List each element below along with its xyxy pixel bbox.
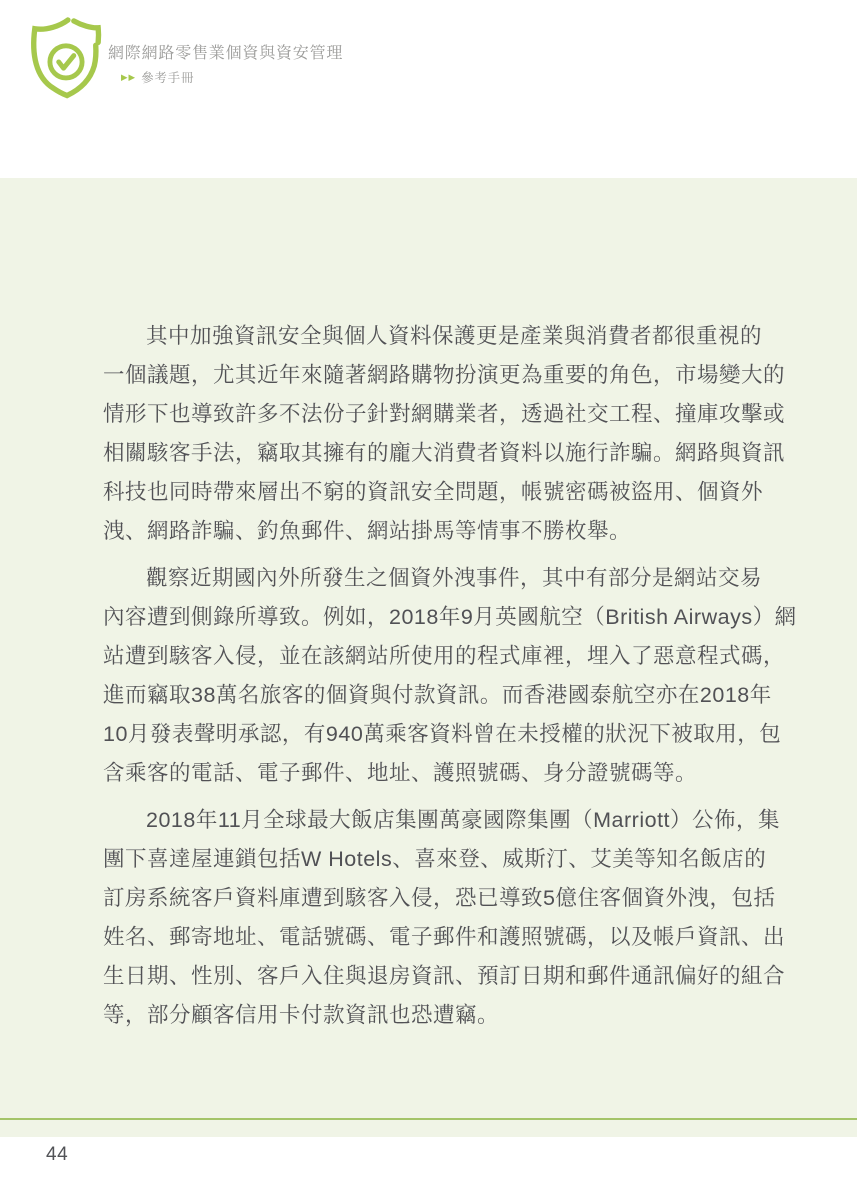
paragraph: 觀察近期國內外所發生之個資外洩事件，其中有部分是網站交易內容遭到側錄所導致。例如… [103,559,753,793]
double-arrow-icon: ▶▶ [121,73,136,82]
text-line: 進而竊取38萬名旅客的個資與付款資訊。而香港國泰航空亦在2018年 [103,676,753,715]
text-line: 姓名、郵寄地址、電話號碼、電子郵件和護照號碼，以及帳戶資訊、出 [103,918,753,957]
text-line: 觀察近期國內外所發生之個資外洩事件，其中有部分是網站交易 [103,559,753,598]
text-line: 等，部分顧客信用卡付款資訊也恐遭竊。 [103,996,753,1035]
text-line: 相關駭客手法，竊取其擁有的龐大消費者資料以施行詐騙。網路與資訊 [103,434,753,473]
shield-check-icon [27,15,105,101]
text-line: 一個議題，尤其近年來隨著網路購物扮演更為重要的角色，市場變大的 [103,356,753,395]
manual-subtitle: ▶▶ 參考手冊 [121,68,343,86]
manual-title: 網際網路零售業個資與資安管理 [108,44,343,64]
content-panel: 其中加強資訊安全與個人資料保護更是產業與消費者都很重視的一個議題，尤其近年來隨著… [0,178,857,1137]
text-line: 團下喜達屋連鎖包括W Hotels、喜來登、威斯汀、艾美等知名飯店的 [103,840,753,879]
page-header: 網際網路零售業個資與資安管理 ▶▶ 參考手冊 [27,15,343,101]
footer-divider [0,1118,857,1120]
text-line: 科技也同時帶來層出不窮的資訊安全問題，帳號密碼被盜用、個資外 [103,473,753,512]
text-line: 10月發表聲明承認，有940萬乘客資料曾在未授權的狀況下被取用，包 [103,715,753,754]
manual-subtitle-label: 參考手冊 [141,68,194,86]
text-line: 生日期、性別、客戶入住與退房資訊、預訂日期和郵件通訊偏好的組合 [103,957,753,996]
text-line: 洩、網路詐騙、釣魚郵件、網站掛馬等情事不勝枚舉。 [103,512,753,551]
text-line: 站遭到駭客入侵，並在該網站所使用的程式庫裡，埋入了惡意程式碼， [103,637,753,676]
body-paragraphs: 其中加強資訊安全與個人資料保護更是產業與消費者都很重視的一個議題，尤其近年來隨著… [0,178,857,1035]
text-line: 2018年11月全球最大飯店集團萬豪國際集團（Marriott）公佈，集 [103,801,753,840]
text-line: 訂房系統客戶資料庫遭到駭客入侵，恐已導致5億住客個資外洩，包括 [103,879,753,918]
text-line: 內容遭到側錄所導致。例如，2018年9月英國航空（British Airways… [103,598,753,637]
document-page: 網際網路零售業個資與資安管理 ▶▶ 參考手冊 其中加強資訊安全與個人資料保護更是… [0,0,857,1200]
text-line: 含乘客的電話、電子郵件、地址、護照號碼、身分證號碼等。 [103,754,753,793]
header-text: 網際網路零售業個資與資安管理 ▶▶ 參考手冊 [108,15,343,86]
text-line: 情形下也導致許多不法份子針對網購業者，透過社交工程、撞庫攻擊或 [103,395,753,434]
paragraph: 其中加強資訊安全與個人資料保護更是產業與消費者都很重視的一個議題，尤其近年來隨著… [103,317,753,551]
paragraph: 2018年11月全球最大飯店集團萬豪國際集團（Marriott）公佈，集團下喜達… [103,801,753,1035]
text-line: 其中加強資訊安全與個人資料保護更是產業與消費者都很重視的 [103,317,753,356]
page-number: 44 [46,1144,68,1166]
